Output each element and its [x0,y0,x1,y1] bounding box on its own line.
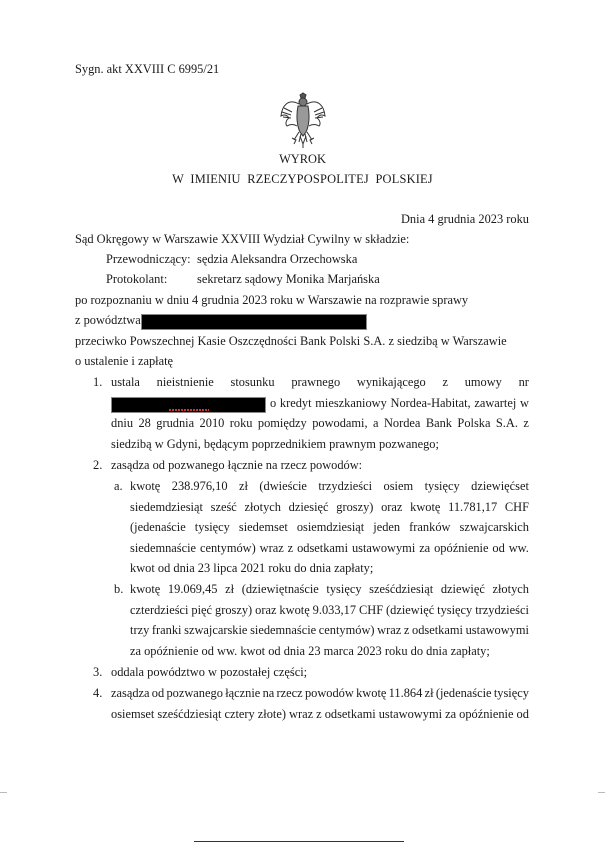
word: wynikającego [357,375,426,390]
item-number: 2. [93,458,102,473]
word: Nordea [384,416,420,431]
item-number: 4. [93,686,102,701]
spellcheck-underline [169,409,209,411]
word: za [419,541,430,556]
word: o [270,396,276,411]
word: zł [225,582,234,597]
word: 2010 [200,416,225,431]
word: ustawowymi [379,707,442,722]
item-number: 3. [93,665,102,680]
word: dziewięćset [471,479,529,494]
word: pięć [191,603,212,618]
word: zł [425,686,434,701]
word: centymów) [200,541,256,556]
word: na [263,686,275,701]
word: (jedenaście [436,686,492,701]
word: kwotę [356,686,386,701]
subject-line: o ustalenie i zapłatę [75,354,173,369]
word: tysięcy [437,603,472,618]
word: Bank [426,416,452,431]
word: rzecz [277,686,303,701]
document-title: WYROK [0,152,605,167]
sub-item-b-line: za opóźnienie od ww. kwot od dnia 23 mar… [130,644,490,659]
word: kwotę [279,603,309,618]
item-1-line: siedzibą w Gdyni, będącym poprzednikiem … [111,437,439,452]
word: kwotę [130,479,160,494]
word: kredyt [280,396,312,411]
word: stosunku [231,375,275,390]
word: z [442,375,448,390]
item-1-line: ustalanieistnieniestosunkuprawnegowynika… [111,375,529,390]
item-1-line: dniu28grudnia2010rokupomiędzypowodami,aN… [111,416,529,431]
word: centymów) [319,623,375,638]
sub-item-a-line: (jedenaścietysięcysiedemsetosiemdziesiąt… [130,520,529,535]
word: w [520,396,529,411]
word: złote) [258,707,286,722]
judgment-date: Dnia 4 grudnia 2023 roku [401,212,529,227]
word: szwajcarskich [460,520,530,535]
word: jeden [373,520,400,535]
word: Polska [457,416,490,431]
item-number: 1. [93,375,102,390]
word: 28 [138,416,150,431]
word: odsetkami [412,623,463,638]
word: kwotę [130,582,160,597]
word: a [373,416,379,431]
word: kwotę [410,500,440,515]
item-1-line: okredytmieszkaniowyNordea-Habitat,zawart… [270,396,529,411]
sub-item-letter: a. [114,479,123,494]
word: trzydzieści [475,603,529,618]
word: (dziewiętnaście [242,582,319,597]
word: (dwieście [259,479,306,494]
word: powodami, [312,416,367,431]
word: odsetkami [325,707,376,722]
word: powodów [305,686,354,701]
word: groszy) [215,603,252,618]
word: siedemset [239,520,288,535]
word: z [523,416,529,431]
composition-person: sędzia Aleksandra Orzechowska [197,252,357,267]
word: złotych [244,500,280,515]
word: z [316,707,322,722]
composition-role: Protokolant: [106,272,167,287]
word: franków [409,520,450,535]
polish-eagle-emblem-icon [278,92,328,150]
word: 9.033,17 [313,603,356,618]
item-3-text: oddala powództwo w pozostałej części; [111,665,307,680]
word: wraz [289,707,313,722]
word: z [404,623,410,638]
word: CHF [505,500,529,515]
word: oraz [255,603,276,618]
item-4-line: osiemsetsześćdziesiątczteryzłote)wrazzod… [111,707,529,722]
sub-item-b-line: czterdzieścipięćgroszy)orazkwotę9.033,17… [130,603,529,618]
page-margin-marker [0,792,7,793]
word: siedemnaście [250,623,316,638]
word: za [445,707,456,722]
word: tysięcy [494,686,529,701]
sub-item-letter: b. [114,582,123,597]
sub-item-a-line: kwot od dnia 23 lipca 2021 roku do dnia … [130,561,373,576]
page-margin-marker [598,792,605,793]
word: ww. [509,541,529,556]
word: osiemdziesiąt [297,520,364,535]
word: Nordea-Habitat, [391,396,471,411]
hearing-line: po rozpoznaniu w dniu 4 grudnia 2023 rok… [75,293,468,308]
word: (jedenaście [130,520,186,535]
word: CHF [359,603,383,618]
word: ustala [111,375,140,390]
word: pozwanego [166,686,222,701]
item-4-line: zasądzaodpozwanegołącznienarzeczpowodówk… [111,686,529,701]
sub-item-a-line: siedemdziesiątsześćzłotychdziesięćgroszy… [130,500,529,515]
footer-rule [194,841,404,842]
word: S.A. [496,416,518,431]
word: 238.976,10 [172,479,228,494]
word: mieszkaniowy [315,396,387,411]
word: od [517,707,529,722]
word: zawartej [474,396,516,411]
word: tysięcy [195,520,230,535]
sub-item-a-line: kwotę238.976,10zł(dwieścietrzydzieściosi… [130,479,529,494]
word: 19.069,45 [168,582,218,597]
word: pomiędzy [258,416,307,431]
document-subtitle: W IMIENIU RZECZYPOSPOLITEJ POLSKIEJ [0,172,605,187]
word: groszy) [336,500,373,515]
word: umowy [465,375,502,390]
word: odsetkami [297,541,348,556]
word: dziesięć [289,500,329,515]
word: siedemnaście [130,541,196,556]
plaintiff-name-redaction [141,314,367,330]
word: sześć [211,500,237,515]
word: opóźnienie [459,707,513,722]
word: ustawowymi [466,623,529,638]
word: dziewięć [441,582,485,597]
composition-person: sekretarz sądowy Monika Marjańska [197,272,380,287]
item-2-text: zasądza od pozwanego łącznie na rzecz po… [111,458,362,473]
word: osiem [384,479,414,494]
word: sześćdziesiąt [157,707,221,722]
word: siedemdziesiąt [130,500,203,515]
word: tysięcy [326,582,361,597]
word: osiemset [111,707,154,722]
word: trzy [130,623,149,638]
word: szwajcarskie [184,623,247,638]
plaintiff-prefix: z powództwa [75,313,141,328]
word: zasądza [111,686,150,701]
word: sześćdziesiąt [369,582,433,597]
word: nr [519,375,529,390]
word: zł [239,479,248,494]
word: z [288,541,294,556]
word: 11.864 [389,686,423,701]
word: tysięcy [425,479,460,494]
word: łącznie [225,686,260,701]
word: opóźnienie [434,541,488,556]
defendant-line: przeciwko Powszechnej Kasie Oszczędności… [75,334,507,349]
word: 11.781,17 [448,500,497,515]
case-number: Sygn. akt XXVIII C 6995/21 [75,62,219,77]
sub-item-b-line: trzyfrankiszwajcarskiesiedemnaściecentym… [130,623,529,638]
word: grudnia [156,416,194,431]
word: złotych [492,582,528,597]
word: franki [152,623,182,638]
word: roku [230,416,253,431]
word: nieistnienie [157,375,214,390]
word: cztery [224,707,254,722]
sub-item-b-line: kwotę19.069,45zł(dziewiętnaścietysięcysz… [130,582,529,597]
sub-item-a-line: siedemnaściecentymów)wrazzodsetkamiustaw… [130,541,529,556]
word: trzydzieści [318,479,372,494]
word: oraz [381,500,402,515]
word: wraz [377,623,401,638]
word: wraz [260,541,284,556]
word: dniu [111,416,133,431]
word: od [492,541,504,556]
word: od [152,686,164,701]
composition-role: Przewodniczący: [106,252,191,267]
court-line: Sąd Okręgowy w Warszawie XXVIII Wydział … [75,232,409,247]
word: prawnego [291,375,340,390]
word: ustawowymi [352,541,415,556]
word: (dziewięć [386,603,434,618]
word: czterdzieści [130,603,188,618]
